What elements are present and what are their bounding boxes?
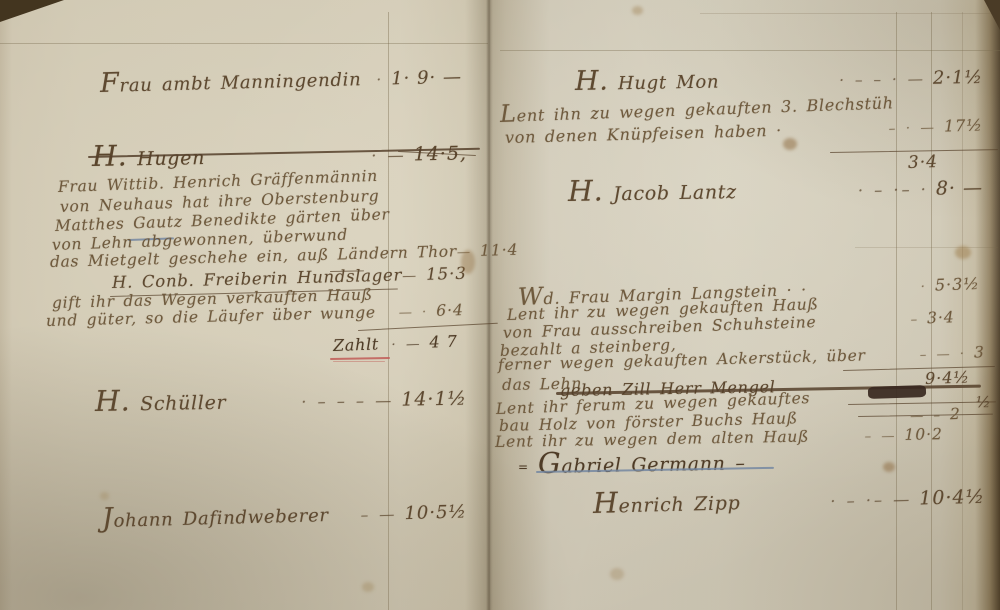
amount-only: ½ — [976, 393, 992, 411]
ledger-line: Henrich Zipp · – ·– —10·4½ — [593, 477, 986, 520]
entry-text: Gabriel Germann – — [538, 443, 746, 480]
amount: 2 — [950, 405, 961, 423]
stain — [883, 462, 895, 472]
dash-leader: · – – – — — [301, 391, 394, 412]
dash-leader: – — · — [920, 347, 968, 363]
dash-leader: · – ·– · — [858, 180, 929, 200]
amount: ½ — [976, 393, 992, 411]
entry-text: Zahlt — [333, 334, 380, 355]
entry-text: H. Jacob Lantz — [568, 172, 737, 208]
ruled-line-horizontal — [700, 13, 1000, 14]
dash-leader: — – — [910, 408, 943, 424]
ledger-line: = — [518, 460, 529, 474]
amount: 10·5½ — [404, 501, 467, 524]
page-fold-crease — [486, 0, 493, 610]
ruled-line-horizontal — [500, 50, 1000, 51]
entry-text: H. Schüller — [95, 383, 227, 418]
dash-leader: – · — — [888, 120, 937, 137]
ruled-line-vertical — [962, 12, 963, 610]
amount: 17½ — [944, 115, 983, 135]
sum-line — [358, 323, 498, 332]
entry-text: Frau ambt Manningendin — [100, 61, 362, 99]
amount: 3 — [974, 343, 985, 361]
amount: 1· 9· — — [391, 67, 462, 90]
amount: 2·1½ — [933, 67, 983, 89]
entry-text: Johann Dafindweberer — [102, 497, 329, 534]
ledger-line: Frau ambt Manningendin ·1· 9· — — [100, 59, 463, 99]
stain — [955, 246, 971, 259]
ledger-line: Gabriel Germann – — [538, 443, 746, 480]
stain — [632, 6, 643, 15]
dash-leader: — — [402, 268, 419, 284]
entry-text: Henrich Zipp — [593, 483, 741, 520]
dash-leader: · — [920, 279, 928, 295]
entry-text: H. Hugt Mon — [575, 63, 720, 97]
ledger-line: Zahlt · —4 7 — [333, 332, 459, 355]
stain — [362, 582, 374, 592]
dash-leader: · — [376, 71, 384, 89]
dash-leader: – — [910, 312, 920, 327]
ruled-line-horizontal — [0, 43, 488, 44]
ledger-line: H. Jacob Lantz · – ·– ·8· — — [568, 168, 984, 208]
ledger-line: H. Schüller · – – – —14·1½ — [95, 379, 468, 418]
stain — [100, 492, 109, 500]
red-underline — [330, 357, 390, 360]
ledger-line: Johann Dafindweberer – —10·5½ — [102, 493, 468, 534]
page-corner-shadow — [0, 0, 64, 22]
page-corner-shadow — [984, 0, 1000, 30]
dash-leader: – — — [360, 505, 397, 524]
stain — [610, 568, 624, 580]
stain — [461, 250, 475, 274]
amount: 6·4 — [436, 301, 464, 320]
stain — [783, 138, 797, 150]
ruled-line-horizontal — [855, 247, 998, 248]
dash-leader: · — — [391, 336, 423, 353]
ink-blot — [868, 385, 926, 399]
amount: 10·4½ — [919, 486, 985, 510]
sum-line — [848, 401, 996, 405]
amount: 4 7 — [429, 332, 458, 352]
dash-leader: – — — [864, 429, 897, 445]
amount: 3·4 — [927, 308, 955, 327]
dash-leader: · – ·– — — [830, 490, 912, 511]
amount: 5·3½ — [935, 274, 981, 295]
red-underline — [333, 361, 385, 362]
ledger-page-scan: Frau ambt Manningendin ·1· 9· — H. Hugen… — [0, 0, 1000, 610]
amount: 8· — — [936, 177, 984, 200]
amount: 14·1½ — [401, 388, 467, 411]
dash-leader: — · — [399, 305, 430, 321]
amount: 11·4 — [480, 241, 519, 260]
entry-text: = — [518, 460, 529, 474]
sum-line — [843, 366, 995, 371]
amount: 10·2 — [904, 425, 943, 444]
